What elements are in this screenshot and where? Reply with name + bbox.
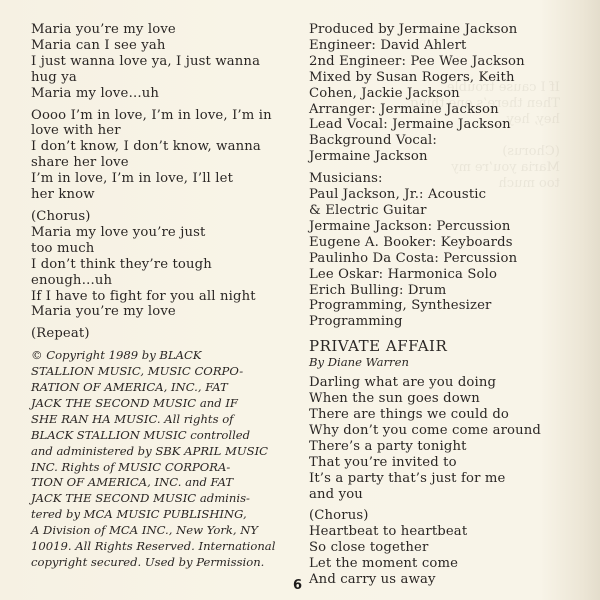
lyric-line: Maria my love…uh [31,86,293,102]
credit-line: Engineer: David Ahlert [309,38,549,54]
lyric-line: enough…uh [31,273,293,289]
copyright-line: BLACK STALLION MUSIC controlled [31,428,293,444]
copyright-line: copyright secured. Used by Permission. [31,555,293,571]
song-title: PRIVATE AFFAIR [309,338,549,355]
song-chorus: (Chorus) Heartbeat to heartbeat So close… [309,508,549,588]
musician-line: Programming, Synthesizer [309,298,549,314]
lyric-line: share her love [31,155,293,171]
credit-line: Produced by Jermaine Jackson [309,22,549,38]
musician-line: Eugene A. Booker: Keyboards [309,235,549,251]
lyric-line: Maria my love you’re just [31,225,293,241]
copyright-line: JACK THE SECOND MUSIC adminis- [31,491,293,507]
lyric-line: I’m in love, I’m in love, I’ll let [31,171,293,187]
lyrics-chorus: (Chorus) Maria my love you’re just too m… [31,209,293,320]
musicians-heading: Musicians: [309,171,549,187]
credit-line: Arranger: Jermaine Jackson [309,102,549,118]
credit-line: Mixed by Susan Rogers, Keith [309,70,549,86]
lyric-line: It’s a party that’s just for me [309,471,549,487]
lyric-line: Maria you’re my love [31,304,293,320]
musician-line: Lee Oskar: Harmonica Solo [309,267,549,283]
lyric-line: When the sun goes down [309,391,549,407]
lyric-line: If I have to fight for you all night [31,289,293,305]
musician-line: Paul Jackson, Jr.: Acoustic [309,187,549,203]
lyric-line: Darling what are you doing [309,375,549,391]
production-credits: Produced by Jermaine Jackson Engineer: D… [309,22,549,165]
credit-line: Background Vocal: [309,133,549,149]
credit-line: Lead Vocal: Jermaine Jackson [309,117,549,133]
musician-line: Jermaine Jackson: Percussion [309,219,549,235]
copyright-line: RATION OF AMERICA, INC., FAT [31,380,293,396]
lyric-line: There are things we could do [309,407,549,423]
copyright-line: STALLION MUSIC, MUSIC CORPO- [31,364,293,380]
lyric-line: There’s a party tonight [309,439,549,455]
lyric-line: Maria can I see yah [31,38,293,54]
lyric-line: her know [31,187,293,203]
copyright-line: JACK THE SECOND MUSIC and IF [31,396,293,412]
lyric-line: Why don’t you come come around [309,423,549,439]
lyric-line: That you’re invited to [309,455,549,471]
lyric-line: Maria you’re my love [31,22,293,38]
lyric-line: Heartbeat to heartbeat [309,524,549,540]
copyright-line: tered by MCA MUSIC PUBLISHING, [31,507,293,523]
lyric-line: hug ya [31,70,293,86]
musicians-credits: Musicians: Paul Jackson, Jr.: Acoustic &… [309,171,549,330]
lyric-line: I don’t know, I don’t know, wanna [31,139,293,155]
lyric-line: I don’t think they’re tough [31,257,293,273]
lyric-line: Let the moment come [309,556,549,572]
repeat-label: (Repeat) [31,326,293,342]
lyrics-stanza-2: Oooo I’m in love, I’m in love, I’m in lo… [31,108,293,203]
musician-line: Erich Bulling: Drum [309,283,549,299]
page-number: 6 [293,578,302,593]
musician-line: Paulinho Da Costa: Percussion [309,251,549,267]
copyright-line: INC. Rights of MUSIC CORPORA- [31,460,293,476]
song-verse: Darling what are you doing When the sun … [309,375,549,502]
credit-line: 2nd Engineer: Pee Wee Jackson [309,54,549,70]
musician-line: & Electric Guitar [309,203,549,219]
lyrics-repeat: (Repeat) [31,326,293,342]
lyric-line: love with her [31,123,293,139]
copyright-line: TION OF AMERICA, INC. and FAT [31,475,293,491]
lyric-line: And carry us away [309,572,549,588]
chorus-label: (Chorus) [31,209,293,225]
lyric-line: Oooo I’m in love, I’m in love, I’m in [31,108,293,124]
copyright-line: SHE RAN HA MUSIC. All rights of [31,412,293,428]
credit-line: Jermaine Jackson [309,149,549,165]
lyrics-stanza-1: Maria you’re my love Maria can I see yah… [31,22,293,102]
booklet-page: If I cause troubleThen there’s one thing… [0,0,600,600]
right-column: Produced by Jermaine Jackson Engineer: D… [309,22,549,594]
lyric-line: So close together [309,540,549,556]
copyright-line: 10019. All Rights Reserved. Internationa… [31,539,293,555]
lyric-line: I just wanna love ya, I just wanna [31,54,293,70]
copyright-notice: © Copyright 1989 by BLACK STALLION MUSIC… [31,348,293,571]
chorus-label: (Chorus) [309,508,549,524]
copyright-line: and administered by SBK APRIL MUSIC [31,444,293,460]
lyric-line: too much [31,241,293,257]
copyright-line: A Division of MCA INC., New York, NY [31,523,293,539]
left-column: Maria you’re my love Maria can I see yah… [31,22,293,571]
copyright-line: © Copyright 1989 by BLACK [31,348,293,364]
musician-line: Programming [309,314,549,330]
lyric-line: and you [309,487,549,503]
credit-line: Cohen, Jackie Jackson [309,86,549,102]
song-byline: By Diane Warren [309,355,549,369]
